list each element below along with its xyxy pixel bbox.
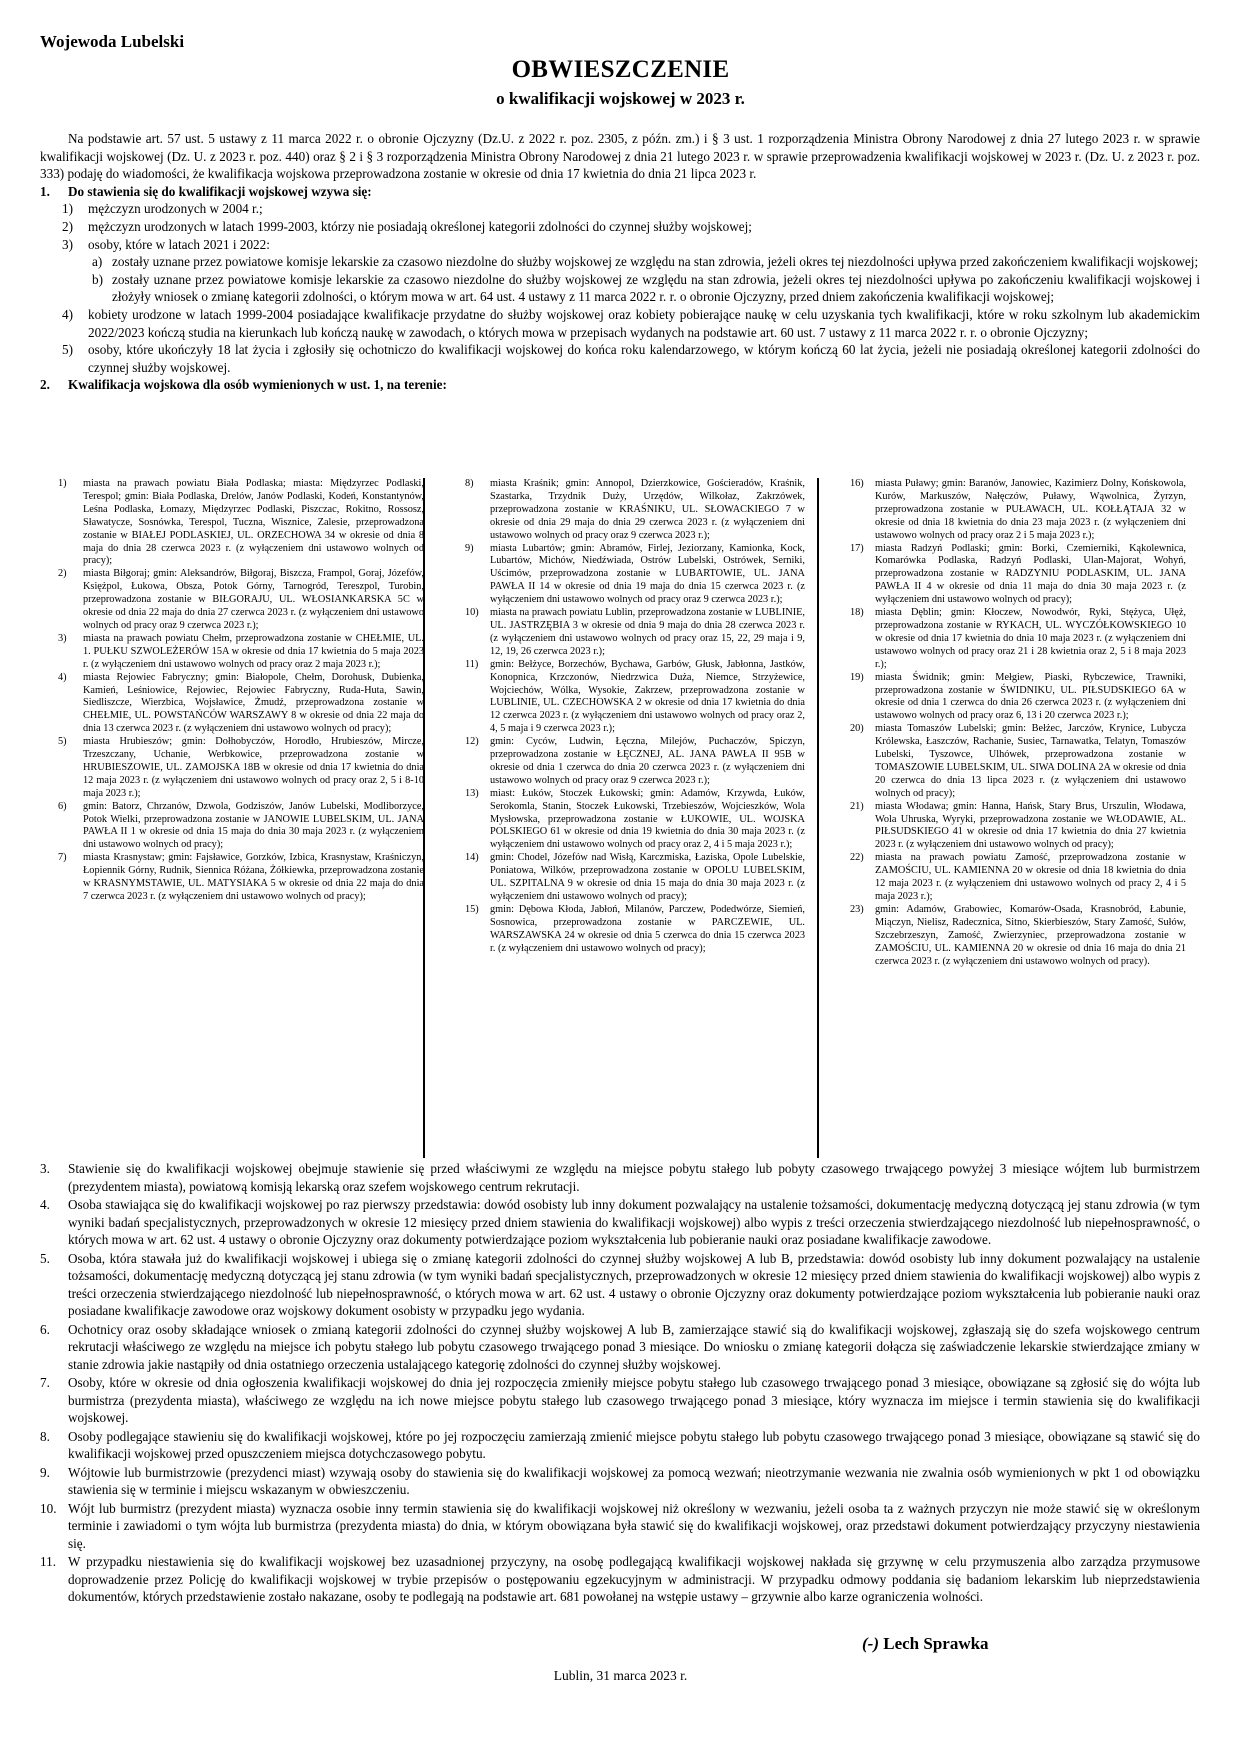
location-entry: 13)miast: Łuków, Stoczek Łukowski; gmin:…: [465, 788, 805, 853]
point: 7.Osoby, które w okresie od dnia ogłosze…: [40, 1374, 1200, 1427]
entry-number: 14): [465, 852, 479, 865]
entry-number: 15): [465, 904, 479, 917]
notice-body: Na podstawie art. 57 ust. 5 ustawy z 11 …: [40, 130, 1200, 394]
item-text: mężczyzn urodzonych w latach 1999-2003, …: [88, 219, 752, 234]
section-1-subitem: a)zostały uznane przez powiatowe komisje…: [40, 253, 1200, 271]
entry-number: 8): [465, 478, 474, 491]
entry-text: miasta Świdnik; gmin: Mełgiew, Piaski, R…: [875, 672, 1186, 722]
point: 8.Osoby podlegające stawieniu się do kwa…: [40, 1428, 1200, 1463]
subitem-letter: a): [92, 253, 102, 271]
section-1-item: 1)mężczyzn urodzonych w 2004 r.;: [40, 200, 1200, 218]
section-1-item: 3)osoby, które w latach 2021 i 2022:: [40, 236, 1200, 254]
location-entry: 16)miasta Puławy; gmin: Baranów, Janowie…: [850, 478, 1186, 543]
entry-text: miasta Biłgoraj; gmin: Aleksandrów, Biłg…: [83, 568, 424, 631]
entry-text: miasta Radzyń Podlaski; gmin: Borki, Cze…: [875, 543, 1186, 606]
entry-number: 10): [465, 607, 479, 620]
item-text: kobiety urodzone w latach 1999-2004 posi…: [88, 307, 1200, 340]
point: 4.Osoba stawiająca się do kwalifikacji w…: [40, 1196, 1200, 1249]
section-1-heading: Do stawienia się do kwalifikacji wojskow…: [68, 184, 372, 199]
entry-number: 20): [850, 723, 864, 736]
entry-number: 16): [850, 478, 864, 491]
entry-text: gmin: Chodel, Józefów nad Wisłą, Karczmi…: [490, 852, 805, 902]
point: 11.W przypadku niestawienia się do kwali…: [40, 1553, 1200, 1606]
point-number: 9.: [40, 1464, 50, 1482]
entry-text: miasta Kraśnik; gmin: Annopol, Dzierzkow…: [490, 478, 805, 541]
document-title: OBWIESZCZENIE: [0, 56, 1241, 84]
location-entry: 19)miasta Świdnik; gmin: Mełgiew, Piaski…: [850, 672, 1186, 724]
numbered-points: 3.Stawienie się do kwalifikacji wojskowe…: [40, 1160, 1200, 1607]
item-number: 3): [62, 236, 73, 254]
location-entry: 21)miasta Włodawa; gmin: Hanna, Hańsk, S…: [850, 801, 1186, 853]
location-entry: 15)gmin: Dębowa Kłoda, Jabłoń, Milanów, …: [465, 904, 805, 956]
point: 6.Ochotnicy oraz osoby składające wniose…: [40, 1321, 1200, 1374]
location-entry: 6)gmin: Batorz, Chrzanów, Dzwola, Godzis…: [58, 801, 424, 853]
item-number: 1): [62, 200, 73, 218]
location-entry: 22)miasta na prawach powiatu Zamość, prz…: [850, 852, 1186, 904]
section-2: 2. Kwalifikacja wojskowa dla osób wymien…: [40, 376, 1200, 394]
entry-text: miasta Hrubieszów; gmin: Dołhobyczów, Ho…: [83, 736, 424, 799]
location-entry: 1)miasta na prawach powiatu Biała Podlas…: [58, 478, 424, 568]
item-text: osoby, które ukończyły 18 lat życia i zg…: [88, 342, 1200, 375]
entry-text: gmin: Dębowa Kłoda, Jabłoń, Milanów, Par…: [490, 904, 805, 954]
location-entry: 4)miasta Rejowiec Fabryczny; gmin: Biało…: [58, 672, 424, 737]
entry-text: miasta Tomaszów Lubelski; gmin: Bełżec, …: [875, 723, 1186, 799]
signature-prefix: (-): [862, 1634, 879, 1653]
entry-text: miasta Krasnystaw; gmin: Fajsławice, Gor…: [83, 852, 424, 902]
entry-number: 23): [850, 904, 864, 917]
item-text: osoby, które w latach 2021 i 2022:: [88, 237, 270, 252]
location-entry: 12)gmin: Cyców, Ludwin, Łęczna, Milejów,…: [465, 736, 805, 788]
point-number: 5.: [40, 1250, 50, 1268]
entry-text: miasta Dęblin; gmin: Kłoczew, Nowodwór, …: [875, 607, 1186, 670]
location-entry: 7)miasta Krasnystaw; gmin: Fajsławice, G…: [58, 852, 424, 904]
entry-text: gmin: Cyców, Ludwin, Łęczna, Milejów, Pu…: [490, 736, 805, 786]
point-number: 3.: [40, 1160, 50, 1178]
entry-number: 1): [58, 478, 67, 491]
subitem-text: zostały uznane przez powiatowe komisje l…: [112, 254, 1198, 269]
subitem-letter: b): [92, 271, 103, 289]
section-1-number: 1.: [40, 183, 50, 201]
point-number: 11.: [40, 1553, 56, 1571]
section-1-subitem: b)zostały uznane przez powiatowe komisje…: [40, 271, 1200, 306]
entry-number: 7): [58, 852, 67, 865]
locations-column-3: 16)miasta Puławy; gmin: Baranów, Janowie…: [850, 478, 1186, 968]
point-text: Wójtowie lub burmistrzowie (prezydenci m…: [68, 1465, 1200, 1498]
point-number: 7.: [40, 1374, 50, 1392]
intro-paragraph: Na podstawie art. 57 ust. 5 ustawy z 11 …: [40, 130, 1200, 183]
location-entry: 2)miasta Biłgoraj; gmin: Aleksandrów, Bi…: [58, 568, 424, 633]
point-number: 4.: [40, 1196, 50, 1214]
section-1-item: 4)kobiety urodzone w latach 1999-2004 po…: [40, 306, 1200, 341]
location-entry: 9)miasta Lubartów; gmin: Abramów, Firlej…: [465, 543, 805, 608]
section-1: 1. Do stawienia się do kwalifikacji wojs…: [40, 183, 1200, 201]
point-text: Osoba stawiająca się do kwalifikacji woj…: [68, 1197, 1200, 1247]
entry-number: 21): [850, 801, 864, 814]
entry-number: 22): [850, 852, 864, 865]
signatory-name: Lech Sprawka: [883, 1634, 988, 1653]
section-2-heading: Kwalifikacja wojskowa dla osób wymienion…: [68, 377, 447, 392]
point-number: 6.: [40, 1321, 50, 1339]
location-entry: 14)gmin: Chodel, Józefów nad Wisłą, Karc…: [465, 852, 805, 904]
locations-column-1: 1)miasta na prawach powiatu Biała Podlas…: [58, 478, 424, 904]
point-number: 10.: [40, 1500, 56, 1518]
point-text: Osoba, która stawała już do kwalifikacji…: [68, 1251, 1200, 1319]
location-entry: 8)miasta Kraśnik; gmin: Annopol, Dzierzk…: [465, 478, 805, 543]
locations-column-2: 8)miasta Kraśnik; gmin: Annopol, Dzierzk…: [465, 478, 805, 956]
entry-number: 2): [58, 568, 67, 581]
location-entry: 11)gmin: Bełżyce, Borzechów, Bychawa, Ga…: [465, 659, 805, 736]
item-number: 2): [62, 218, 73, 236]
point-text: W przypadku niestawienia się do kwalifik…: [68, 1554, 1200, 1604]
entry-number: 11): [465, 659, 478, 672]
signature: (-) Lech Sprawka: [862, 1634, 989, 1654]
location-entry: 18)miasta Dęblin; gmin: Kłoczew, Nowodwó…: [850, 607, 1186, 672]
entry-number: 5): [58, 736, 67, 749]
entry-number: 17): [850, 543, 864, 556]
location-entry: 10)miasta na prawach powiatu Lublin, prz…: [465, 607, 805, 659]
point-number: 8.: [40, 1428, 50, 1446]
location-entry: 17)miasta Radzyń Podlaski; gmin: Borki, …: [850, 543, 1186, 608]
entry-text: gmin: Bełżyce, Borzechów, Bychawa, Garbó…: [490, 659, 805, 735]
point-text: Stawienie się do kwalifikacji wojskowej …: [68, 1161, 1200, 1194]
locations-columns: 1)miasta na prawach powiatu Biała Podlas…: [40, 478, 1220, 1158]
entry-text: miasta Lubartów; gmin: Abramów, Firlej, …: [490, 543, 805, 606]
location-entry: 3)miasta na prawach powiatu Chełm, przep…: [58, 633, 424, 672]
entry-number: 9): [465, 543, 474, 556]
entry-text: miast: Łuków, Stoczek Łukowski; gmin: Ad…: [490, 788, 805, 851]
entry-number: 19): [850, 672, 864, 685]
entry-text: miasta Puławy; gmin: Baranów, Janowiec, …: [875, 478, 1186, 541]
point: 10.Wójt lub burmistrz (prezydent miasta)…: [40, 1500, 1200, 1553]
entry-number: 13): [465, 788, 479, 801]
section-2-number: 2.: [40, 376, 50, 394]
location-entry: 23)gmin: Adamów, Grabowiec, Komarów-Osad…: [850, 904, 1186, 969]
item-number: 5): [62, 341, 73, 359]
section-1-item: 2)mężczyzn urodzonych w latach 1999-2003…: [40, 218, 1200, 236]
point-text: Osoby podlegające stawieniu się do kwali…: [68, 1429, 1200, 1462]
document-subtitle: o kwalifikacji wojskowej w 2023 r.: [0, 89, 1241, 109]
entry-number: 18): [850, 607, 864, 620]
entry-text: miasta Rejowiec Fabryczny; gmin: Białopo…: [83, 672, 424, 735]
item-number: 4): [62, 306, 73, 324]
point-text: Ochotnicy oraz osoby składające wniosek …: [68, 1322, 1200, 1372]
section-1-item: 5)osoby, które ukończyły 18 lat życia i …: [40, 341, 1200, 376]
point: 5.Osoba, która stawała już do kwalifikac…: [40, 1250, 1200, 1320]
point: 3.Stawienie się do kwalifikacji wojskowe…: [40, 1160, 1200, 1195]
issuer: Wojewoda Lubelski: [40, 32, 184, 52]
notice-page: Wojewoda Lubelski OBWIESZCZENIE o kwalif…: [0, 0, 1241, 1755]
point-text: Wójt lub burmistrz (prezydent miasta) wy…: [68, 1501, 1200, 1551]
item-text: mężczyzn urodzonych w 2004 r.;: [88, 201, 263, 216]
subitem-text: zostały uznane przez powiatowe komisje l…: [112, 272, 1200, 305]
entry-text: miasta na prawach powiatu Chełm, przepro…: [83, 633, 424, 670]
place-and-date: Lublin, 31 marca 2023 r.: [0, 1668, 1241, 1684]
column-divider: [817, 478, 819, 1158]
entry-text: miasta na prawach powiatu Biała Podlaska…: [83, 478, 424, 566]
location-entry: 20)miasta Tomaszów Lubelski; gmin: Bełże…: [850, 723, 1186, 800]
entry-text: gmin: Batorz, Chrzanów, Dzwola, Godziszó…: [83, 801, 424, 851]
entry-number: 3): [58, 633, 67, 646]
entry-number: 6): [58, 801, 67, 814]
entry-text: gmin: Adamów, Grabowiec, Komarów-Osada, …: [875, 904, 1186, 967]
entry-number: 12): [465, 736, 479, 749]
entry-text: miasta na prawach powiatu Lublin, przepr…: [490, 607, 805, 657]
entry-text: miasta Włodawa; gmin: Hanna, Hańsk, Star…: [875, 801, 1186, 851]
entry-number: 4): [58, 672, 67, 685]
location-entry: 5)miasta Hrubieszów; gmin: Dołhobyczów, …: [58, 736, 424, 801]
entry-text: miasta na prawach powiatu Zamość, przepr…: [875, 852, 1186, 902]
point-text: Osoby, które w okresie od dnia ogłoszeni…: [68, 1375, 1200, 1425]
point: 9.Wójtowie lub burmistrzowie (prezydenci…: [40, 1464, 1200, 1499]
